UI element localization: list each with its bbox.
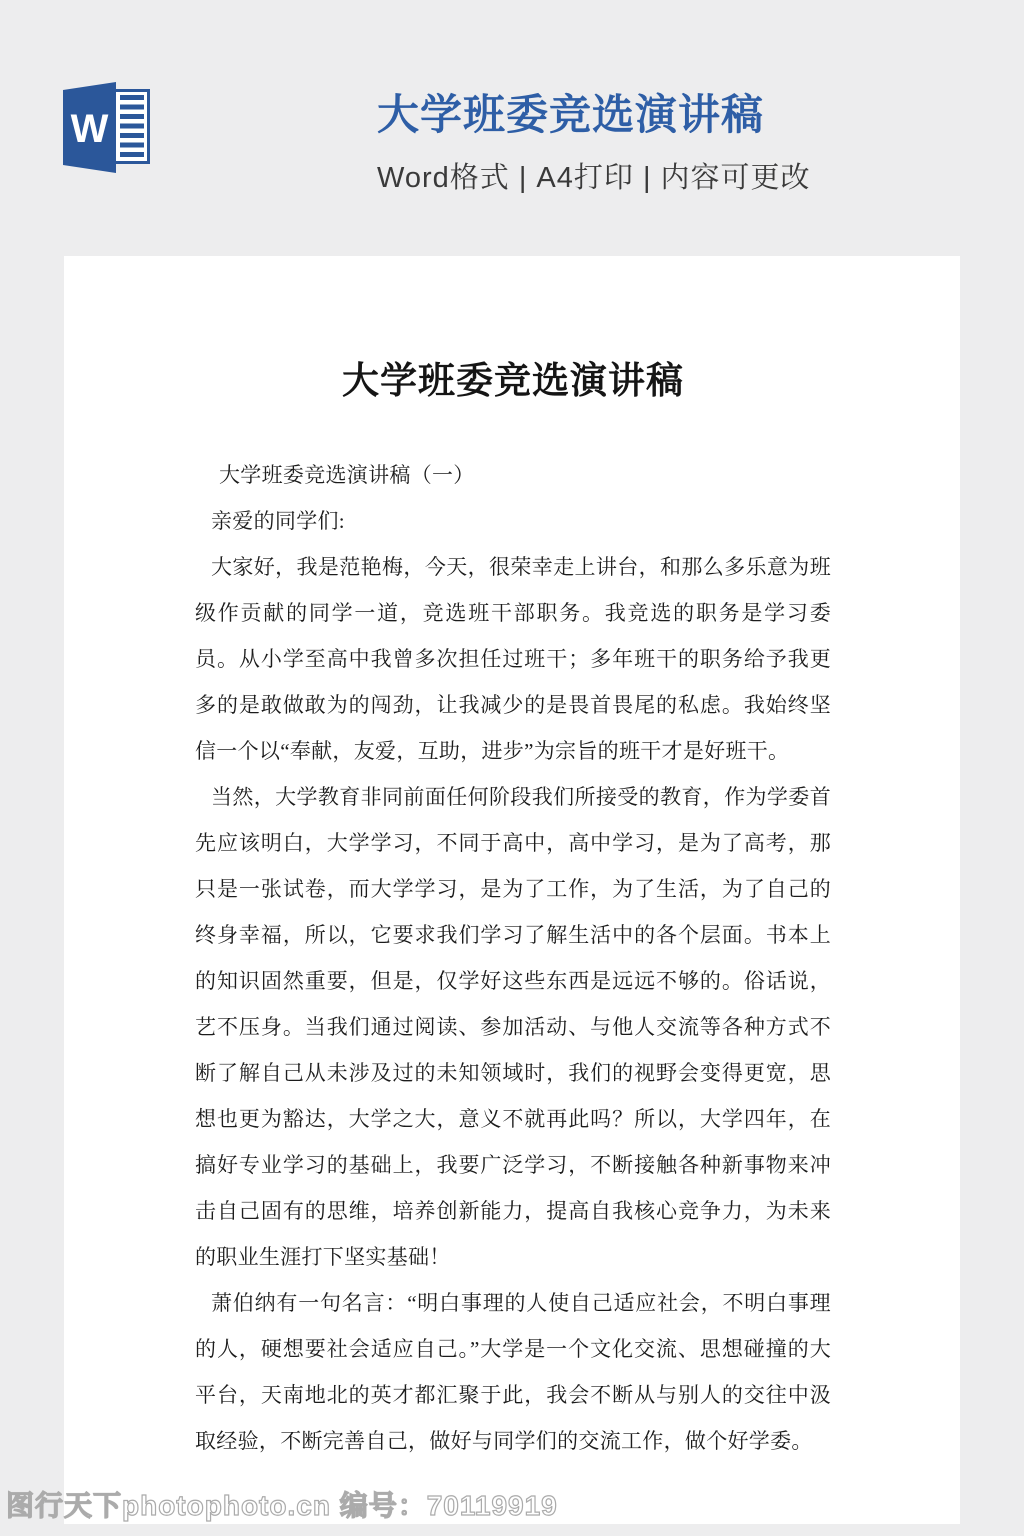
- document-paragraph: 萧伯纳有一句名言：“明白事理的人使自己适应社会，不明白事理的人，硬想要社会适应自…: [195, 1280, 831, 1464]
- document-subheading: 大学班委竞选演讲稿（一）: [195, 452, 831, 498]
- watermark: 图行天下photophoto.cn 编号：70119919: [6, 1484, 558, 1524]
- document-paragraph: 大家好，我是范艳梅，今天，很荣幸走上讲台，和那么多乐意为班级作贡献的同学一道，竞…: [195, 544, 831, 774]
- document-salutation: 亲爱的同学们:: [195, 498, 831, 544]
- document-paragraph: 当然，大学教育非同前面任何阶段我们所接受的教育，作为学委首先应该明白，大学学习，…: [195, 774, 831, 1280]
- page-background: W 大学班委竞选演讲稿 Word格式 | A4打印 | 内容可更改 大学班委竞选…: [0, 0, 1024, 1536]
- word-icon-letter: W: [71, 107, 109, 151]
- header-title: 大学班委竞选演讲稿: [377, 92, 811, 138]
- document-title: 大学班委竞选演讲稿: [195, 360, 831, 404]
- word-document-icon: W: [63, 81, 151, 174]
- document-body: 大学班委竞选演讲稿（一） 亲爱的同学们: 大家好，我是范艳梅，今天，很荣幸走上讲…: [195, 452, 831, 1464]
- header-subtitle: Word格式 | A4打印 | 内容可更改: [377, 155, 811, 196]
- document-page: 大学班委竞选演讲稿 大学班委竞选演讲稿（一） 亲爱的同学们: 大家好，我是范艳梅…: [64, 256, 960, 1524]
